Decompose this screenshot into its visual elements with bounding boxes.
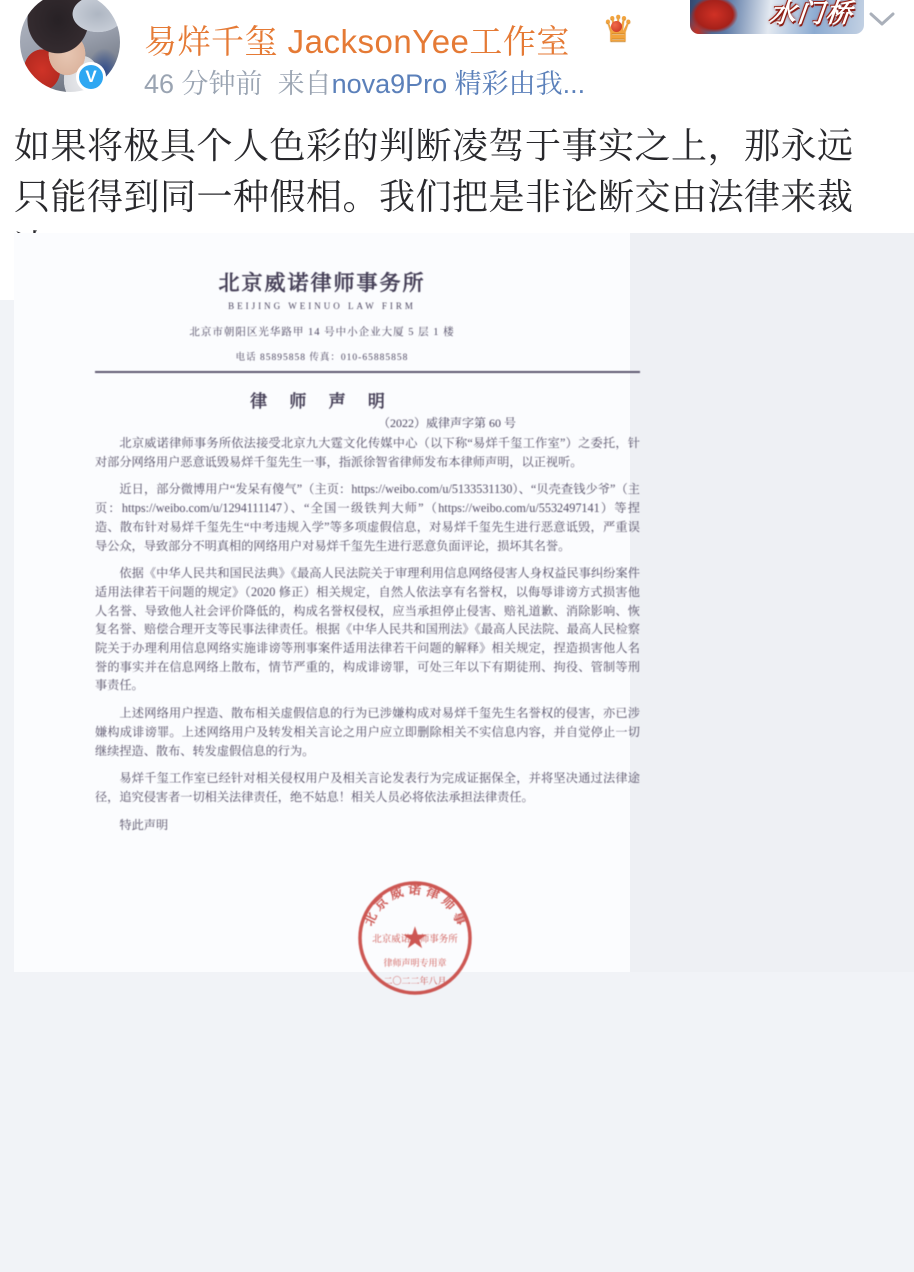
law-firm-name-en: BEIJING WEINUO LAW FIRM bbox=[14, 301, 630, 311]
document-paragraph: 上述网络用户捏造、散布相关虚假信息的行为已涉嫌构成对易烊千玺先生名誉权的侵害，亦… bbox=[95, 704, 640, 760]
chevron-down-icon[interactable] bbox=[868, 10, 896, 28]
law-firm-name: 北京威诺律师事务所 bbox=[14, 267, 630, 297]
source-link[interactable]: nova9Pro 精彩由我... bbox=[332, 69, 586, 99]
law-firm-contact: 电话 85895858 传真：010-65885858 bbox=[14, 349, 630, 363]
document-paragraph: 北京威诺律师事务所依法接受北京九大霆文化传媒中心（以下称“易烊千玺工作室”）之委… bbox=[95, 434, 640, 471]
timestamp: 46 分钟前 bbox=[144, 69, 263, 99]
verified-badge-icon: V bbox=[76, 62, 106, 92]
seal-subtitle: 律师声明专用章 bbox=[383, 957, 446, 968]
seal-date: 二〇二二年八月 bbox=[383, 975, 446, 986]
document-number: （2022）威律声字第 60 号 bbox=[14, 414, 516, 431]
official-seal: 北京威诺律师事务所 ★ 北京威诺律师事务所 律师声明专用章 二〇二二年八月 bbox=[355, 878, 475, 998]
seal-firm-name: 北京威诺律师事务所 bbox=[372, 933, 458, 945]
document-photo-margin bbox=[616, 233, 914, 972]
document-image[interactable]: 北京威诺律师事务所 BEIJING WEINUO LAW FIRM 北京市朝阳区… bbox=[14, 233, 630, 972]
document-paragraph: 易烊千玺工作室已经针对相关侵权用户及相关言论发表行为完成证据保全，并将坚决通过法… bbox=[95, 769, 640, 806]
law-firm-address: 北京市朝阳区光华路甲 14 号中小企业大厦 5 层 1 楼 bbox=[14, 324, 630, 339]
crown-gem bbox=[611, 21, 622, 32]
source-prefix: 来自 bbox=[278, 69, 332, 99]
vip-crown-icon: ♛ bbox=[602, 12, 646, 52]
document-divider bbox=[95, 371, 640, 373]
author-name[interactable]: 易烊千玺 JacksonYee工作室 bbox=[144, 16, 570, 63]
weibo-post: V 易烊千玺 JacksonYee工作室 ♛ 水门桥 46 分钟前 来自nova… bbox=[0, 0, 914, 1272]
promo-banner[interactable]: 水门桥 bbox=[690, 0, 864, 34]
promo-banner-title: 水门桥 bbox=[768, 0, 856, 30]
document-paragraph: 依据《中华人民共和国民法典》《最高人民法院关于审理利用信息网络侵害人身权益民事纠… bbox=[95, 564, 640, 695]
post-meta: 46 分钟前 来自nova9Pro 精彩由我... bbox=[144, 62, 585, 101]
document-body: 北京威诺律师事务所依法接受北京九大霆文化传媒中心（以下称“易烊千玺工作室”）之委… bbox=[95, 434, 640, 843]
document-closing: 特此声明 bbox=[95, 816, 640, 835]
document-title: 律 师 声 明 bbox=[14, 387, 630, 412]
document-paragraph: 近日，部分微博用户“发呆有傻气”（主页：https://weibo.com/u/… bbox=[95, 480, 640, 555]
